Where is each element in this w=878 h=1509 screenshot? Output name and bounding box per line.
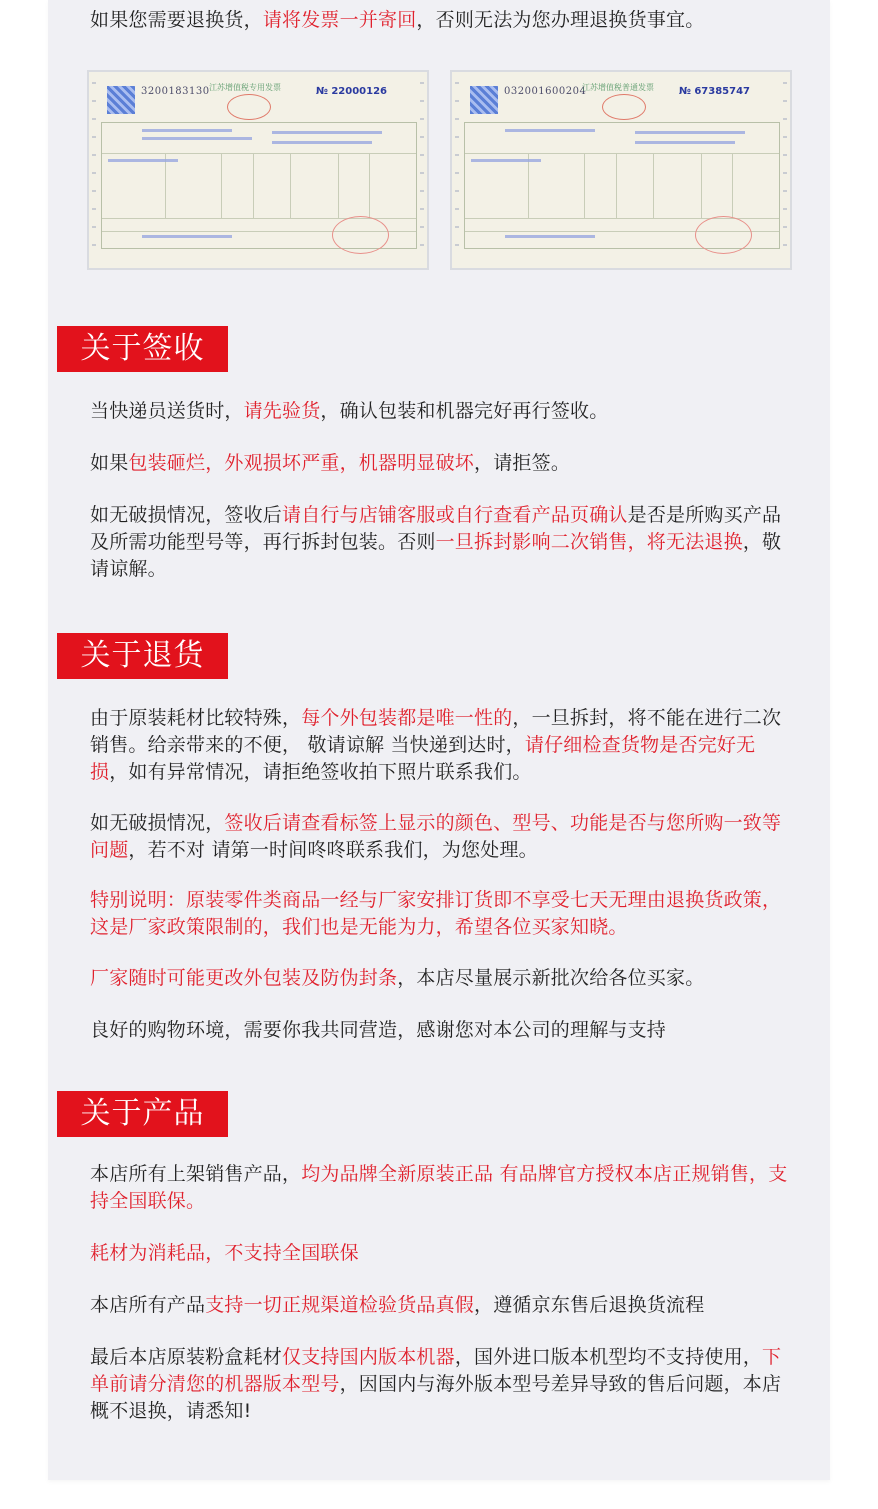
section-paragraph: 耗材为消耗品，不支持全国联保 <box>90 1240 790 1267</box>
invoice-number: № 22000126 <box>316 86 387 97</box>
perforation <box>92 82 96 258</box>
invoice-image-1: 3200183130 江苏增值税专用发票 № 22000126 <box>87 70 429 270</box>
section-header-signing: 关于签收 <box>57 326 228 372</box>
section-paragraph: 如无破损情况，签收后请查看标签上显示的颜色、型号、功能是否与您所购一致等问题，若… <box>90 810 790 864</box>
section-header-returns: 关于退货 <box>57 633 228 679</box>
text-segment: ，否则无法为您办理退换货事宜。 <box>416 9 704 31</box>
stamp-icon <box>602 94 646 120</box>
perforation <box>455 82 459 258</box>
section-paragraph: 如果包装砸烂，外观损坏严重，机器明显破坏，请拒签。 <box>90 450 790 477</box>
stamp-icon <box>332 216 389 254</box>
section-paragraph: 厂家随时可能更改外包装及防伪封条，本店尽量展示新批次给各位买家。 <box>90 965 790 992</box>
section-paragraph: 本店所有产品支持一切正规渠道检验货品真假，遵循京东售后退换货流程 <box>90 1292 790 1319</box>
section-paragraph: 当快递员送货时，请先验货，确认包装和机器完好再行签收。 <box>90 398 790 425</box>
invoice-image-2: 032001600204 江苏增值税普通发票 № 67385747 <box>450 70 792 270</box>
section-paragraph: 特别说明：原装零件类商品一经与厂家安排订货即不享受七天无理由退换货政策，这是厂家… <box>90 887 790 941</box>
section-paragraph: 良好的购物环境，需要你我共同营造，感谢您对本公司的理解与支持 <box>90 1017 790 1044</box>
invoice-code: 032001600204 <box>504 86 586 97</box>
invoice-code: 3200183130 <box>141 86 210 97</box>
section-paragraph: 如无破损情况，签收后请自行与店铺客服或自行查看产品页确认是否是所购买产品及所需功… <box>90 502 790 583</box>
perforation <box>783 82 787 258</box>
section-header-products: 关于产品 <box>57 1091 228 1137</box>
stamp-icon <box>227 94 271 120</box>
section-paragraph: 由于原装耗材比较特殊，每个外包装都是唯一性的，一旦拆封，将不能在进行二次销售。给… <box>90 705 790 786</box>
section-paragraph: 最后本店原装粉盒耗材仅支持国内版本机器，国外进口版本机型均不支持使用，下单前请分… <box>90 1344 790 1425</box>
invoice-title: 江苏增值税专用发票 <box>209 82 281 93</box>
intro-paragraph: 如果您需要退换货，请将发票一并寄回，否则无法为您办理退换货事宜。 <box>90 7 790 34</box>
perforation <box>420 82 424 258</box>
text-segment: 如果您需要退换货， <box>90 9 263 31</box>
qr-code-icon <box>107 86 135 114</box>
highlight-segment: 请将发票一并寄回 <box>263 9 417 31</box>
invoice-title: 江苏增值税普通发票 <box>582 82 654 93</box>
qr-code-icon <box>470 86 498 114</box>
invoice-number: № 67385747 <box>679 86 750 97</box>
stamp-icon <box>695 216 752 254</box>
section-paragraph: 本店所有上架销售产品，均为品牌全新原装正品 有品牌官方授权本店正规销售，支持全国… <box>90 1161 790 1215</box>
